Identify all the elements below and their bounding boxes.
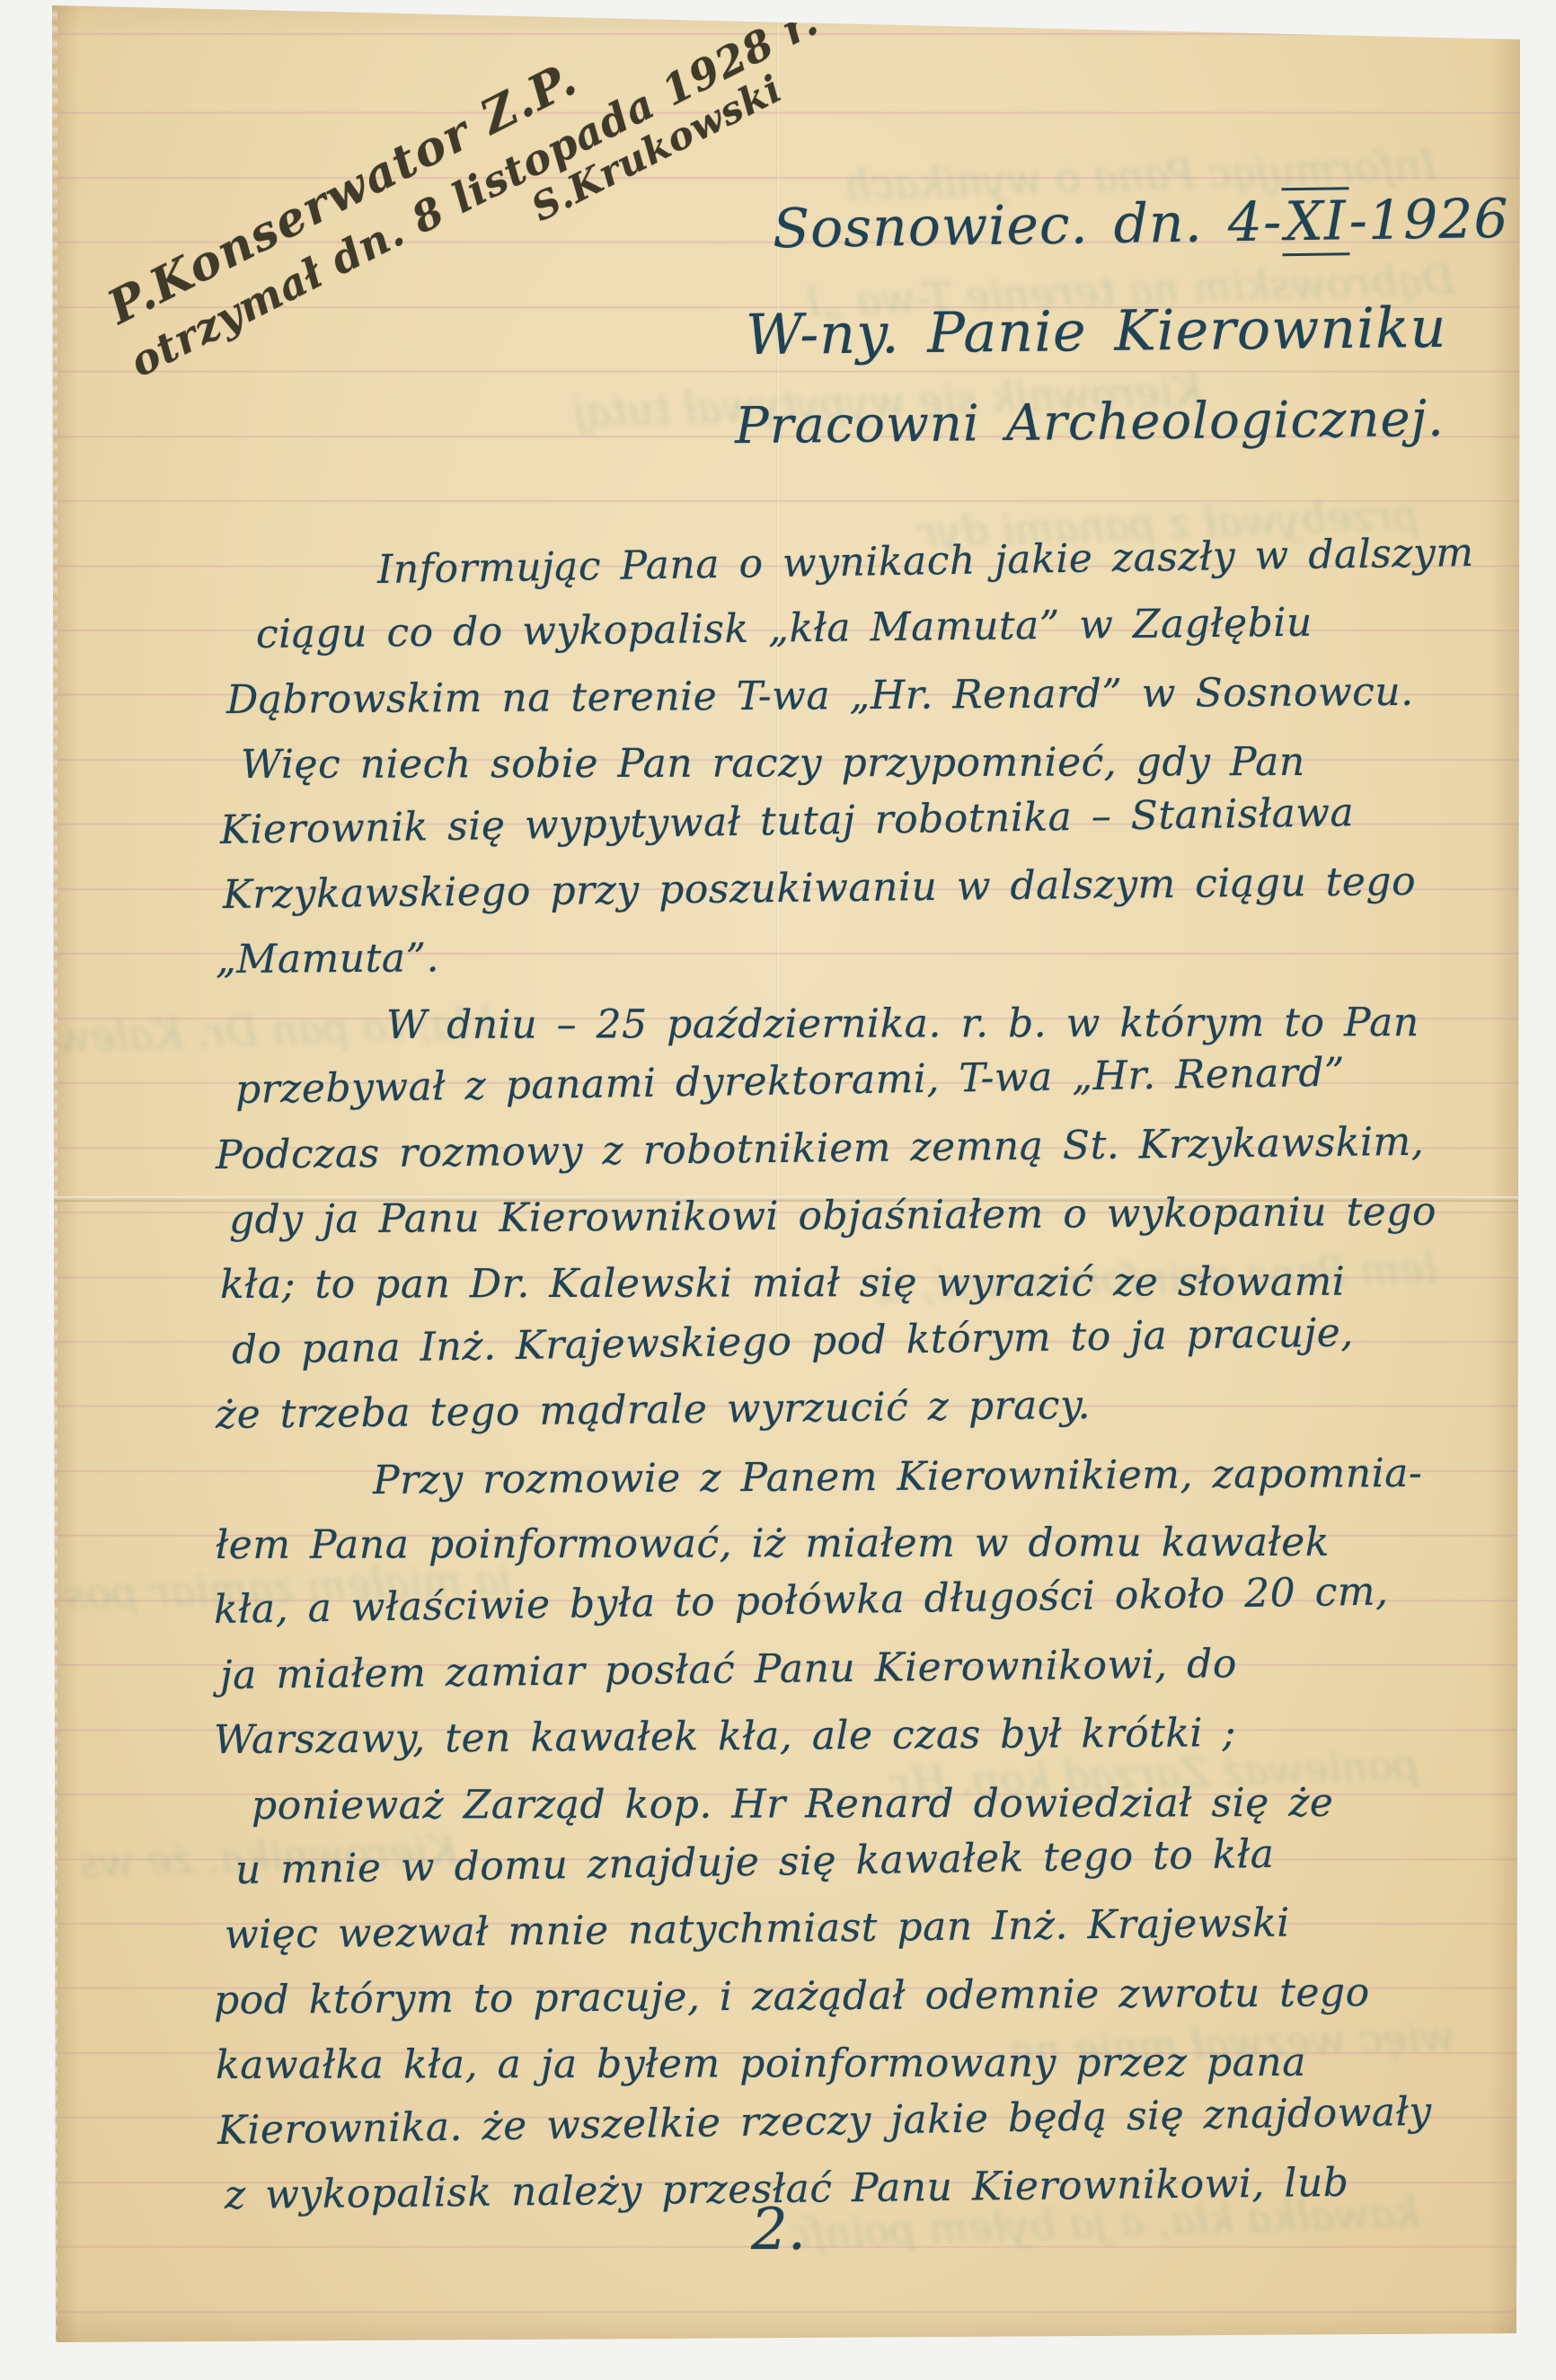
letter-line: że trzeba tego mądrale wyrzucić z pracy. [216,1382,1092,1438]
letter-line: Kierownik się wypytywał tutaj robotnika … [220,789,1355,853]
letter-line: łem Pana poinformować, iż miałem w domu … [216,1520,1330,1568]
letter-line: do pana Inż. Krajewskiego pod którym to … [232,1309,1354,1373]
archival-note: P.Konserwator Z.P. otrzymał dn. 8 listop… [99,0,848,428]
letter-line: Podczas rozmowy z robotnikiem zemną St. … [216,1118,1425,1177]
letter-line: ciągu co do wykopalisk „kła Mamuta” w Za… [256,600,1313,657]
letter-paper: Informując Pana o wynikach jakie zaszły … [52,0,1520,2342]
letter-line: ponieważ Zarząd kop. Hr Renard dowiedzia… [252,1779,1334,1828]
salutation-line-2: Pracowni Archeologicznej. [735,390,1445,455]
letter-line: Dąbrowskim na terenie T-wa „Hr. Renard” … [226,669,1414,723]
letter-line: kła, a właściwie była to połówka długośc… [214,1569,1389,1634]
scan-background: { "page": { "background_color": "#f3f3f1… [0,0,1556,2380]
salutation-line-1: W-ny. Panie Kierowniku [746,295,1447,367]
letter-line: Kierownika. że wszelkie rzeczy jakie będ… [217,2088,1432,2153]
torn-left-edge [52,0,57,2342]
letter-line: więc wezwał mnie natychmiast pan Inż. Kr… [225,1900,1290,1958]
dateline-prefix: Sosnowiec. dn. 4- [773,190,1283,260]
page-number: 2. [751,2197,806,2263]
letter-line: u mnie w domu znajduje się kawałek tego … [235,1831,1275,1893]
letter-line: Więc niech sobie Pan raczy przypomnieć, … [241,739,1305,788]
archival-note-line-2: otrzymał dn. 8 listopada 1928 r. [120,0,828,391]
dateline-month-roman: XI [1282,187,1349,256]
letter-line: kła; to pan Dr. Kalewski miał się wyrazi… [220,1259,1345,1308]
letter-line: przebywał z panami dyrektorami, T-wa „Hr… [235,1050,1346,1113]
dateline-suffix: -1926 r. [1348,187,1556,252]
letter-line: ja miałem zamiar posłać Panu Kierownikow… [220,1641,1237,1698]
letter-line: „Mamuta”. [216,936,439,983]
letter-line: Informując Pana o wynikach jakie zaszły … [377,530,1474,593]
letter-line: Krzykawskiego przy poszukiwaniu w dalszy… [223,859,1417,918]
letter-line: Przy rozmowie z Panem Kierownikiem, zapo… [373,1450,1423,1503]
dateline: Sosnowiec. dn. 4-XI-1926 r. [773,187,1556,260]
letter-line: gdy ja Panu Kierownikowi objaśniałem o w… [229,1189,1437,1243]
letter-line: Warszawy, ten kawałek kła, ale czas był … [214,1710,1236,1763]
letter-line: pod którym to pracuje, i zażądał odemnie… [214,1970,1370,2023]
letter-line: W dniu – 25 października. r. b. w którym… [386,1000,1419,1048]
letter-line: kawałka kła, a ja byłem poinformowany pr… [216,2040,1306,2088]
